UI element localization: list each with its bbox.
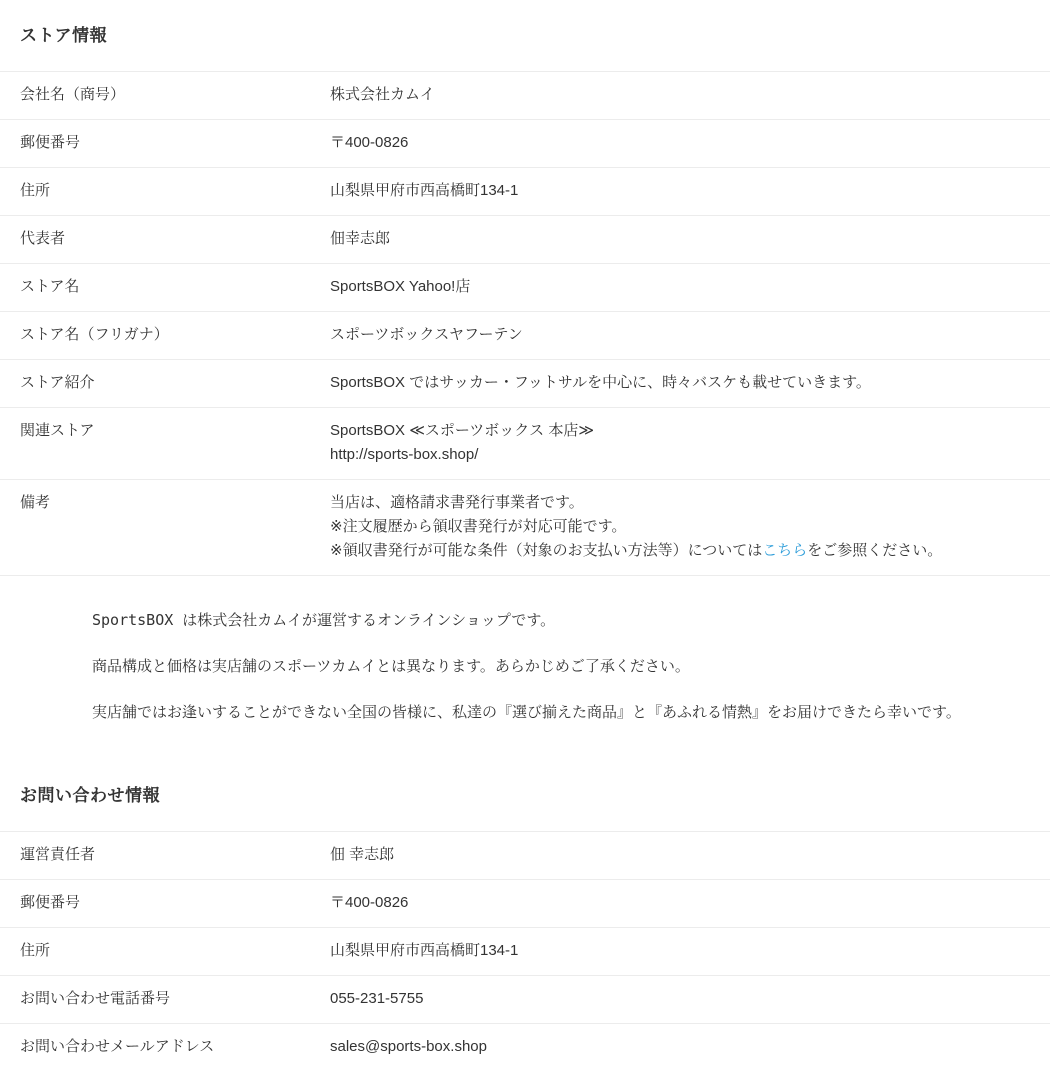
table-row-related-store: 関連ストア SportsBOX ≪スポーツボックス 本店≫ http://spo… xyxy=(0,407,1050,479)
row-value: 山梨県甲府市西高橋町134-1 xyxy=(330,939,1030,963)
row-label: ストア名 xyxy=(20,275,330,299)
table-row-contact-email: お問い合わせメールアドレス sales@sports-box.shop xyxy=(0,1023,1050,1071)
table-row-company-name: 会社名（商号） 株式会社カムイ xyxy=(0,71,1050,119)
row-value: SportsBOX Yahoo!店 xyxy=(330,275,1030,299)
row-label: お問い合わせ電話番号 xyxy=(20,987,330,1011)
table-row-contact-phone: お問い合わせ電話番号 055-231-5755 xyxy=(0,975,1050,1023)
contact-info-section: お問い合わせ情報 運営責任者 佃 幸志郎 郵便番号 〒400-0826 住所 山… xyxy=(0,774,1050,1071)
table-row-store-introduction: ストア紹介 SportsBOX ではサッカー・フットサルを中心に、時々バスケも載… xyxy=(0,359,1050,407)
about-store-text: SportsBOX は株式会社カムイが運営するオンラインショップです。 商品構成… xyxy=(92,609,1010,724)
row-label: 郵便番号 xyxy=(20,891,330,915)
row-value: 055-231-5755 xyxy=(330,987,1030,1011)
row-value: スポーツボックスヤフーテン xyxy=(330,323,1030,347)
row-label: ストア名（フリガナ） xyxy=(20,323,330,347)
contact-info-title: お問い合わせ情報 xyxy=(0,774,1050,817)
row-value: 佃幸志郎 xyxy=(330,227,1030,251)
table-row-postal-code: 郵便番号 〒400-0826 xyxy=(0,119,1050,167)
remarks-line-3-prefix: ※領収書発行が可能な条件（対象のお支払い方法等）については xyxy=(330,542,762,559)
store-info-title: ストア情報 xyxy=(0,14,1050,57)
row-label: 運営責任者 xyxy=(20,843,330,867)
row-value: sales@sports-box.shop xyxy=(330,1035,1030,1059)
table-row-contact-address: 住所 山梨県甲府市西高橋町134-1 xyxy=(0,927,1050,975)
table-row-store-name: ストア名 SportsBOX Yahoo!店 xyxy=(0,263,1050,311)
row-label: 住所 xyxy=(20,179,330,203)
table-row-address: 住所 山梨県甲府市西高橋町134-1 xyxy=(0,167,1050,215)
row-label: ストア紹介 xyxy=(20,371,330,395)
row-value: 当店は、適格請求書発行事業者です。 ※注文履歴から領収書発行が対応可能です。 ※… xyxy=(330,491,1030,563)
remarks-line-1: 当店は、適格請求書発行事業者です。 xyxy=(330,491,1030,515)
table-row-representative: 代表者 佃幸志郎 xyxy=(0,215,1050,263)
row-label: 代表者 xyxy=(20,227,330,251)
table-row-operations-manager: 運営責任者 佃 幸志郎 xyxy=(0,831,1050,879)
row-label: 会社名（商号） xyxy=(20,83,330,107)
row-value: SportsBOX ではサッカー・フットサルを中心に、時々バスケも載せていきます… xyxy=(330,371,1030,395)
about-paragraph-1: SportsBOX は株式会社カムイが運営するオンラインショップです。 xyxy=(92,609,1010,632)
remarks-line-2: ※注文履歴から領収書発行が対応可能です。 xyxy=(330,515,1030,539)
store-info-table: 会社名（商号） 株式会社カムイ 郵便番号 〒400-0826 住所 山梨県甲府市… xyxy=(0,71,1050,576)
row-label: 郵便番号 xyxy=(20,131,330,155)
table-row-remarks: 備考 当店は、適格請求書発行事業者です。 ※注文履歴から領収書発行が対応可能です… xyxy=(0,479,1050,575)
store-info-section: ストア情報 会社名（商号） 株式会社カムイ 郵便番号 〒400-0826 住所 … xyxy=(0,14,1050,576)
row-value: 〒400-0826 xyxy=(330,891,1030,915)
row-label: 備考 xyxy=(20,491,330,515)
row-value: 株式会社カムイ xyxy=(330,83,1030,107)
row-label: お問い合わせメールアドレス xyxy=(20,1035,330,1059)
receipt-conditions-link[interactable]: こちら xyxy=(762,542,807,559)
row-value: 佃 幸志郎 xyxy=(330,843,1030,867)
table-row-contact-postal-code: 郵便番号 〒400-0826 xyxy=(0,879,1050,927)
row-value: 〒400-0826 xyxy=(330,131,1030,155)
remarks-line-3-suffix: をご参照ください。 xyxy=(807,542,942,559)
related-store-name: SportsBOX ≪スポーツボックス 本店≫ xyxy=(330,419,1030,443)
table-row-store-name-furigana: ストア名（フリガナ） スポーツボックスヤフーテン xyxy=(0,311,1050,359)
row-value: SportsBOX ≪スポーツボックス 本店≫ http://sports-bo… xyxy=(330,419,1030,467)
row-label: 住所 xyxy=(20,939,330,963)
about-paragraph-3: 実店舗ではお逢いすることができない全国の皆様に、私達の『選び揃えた商品』と『あふ… xyxy=(92,701,1010,724)
row-value: 山梨県甲府市西高橋町134-1 xyxy=(330,179,1030,203)
remarks-line-3: ※領収書発行が可能な条件（対象のお支払い方法等）についてはこちらをご参照ください… xyxy=(330,539,1030,563)
contact-info-table: 運営責任者 佃 幸志郎 郵便番号 〒400-0826 住所 山梨県甲府市西高橋町… xyxy=(0,831,1050,1071)
row-label: 関連ストア xyxy=(20,419,330,443)
related-store-url: http://sports-box.shop/ xyxy=(330,443,1030,467)
about-paragraph-2: 商品構成と価格は実店舗のスポーツカムイとは異なります。あらかじめご了承ください。 xyxy=(92,655,1010,678)
